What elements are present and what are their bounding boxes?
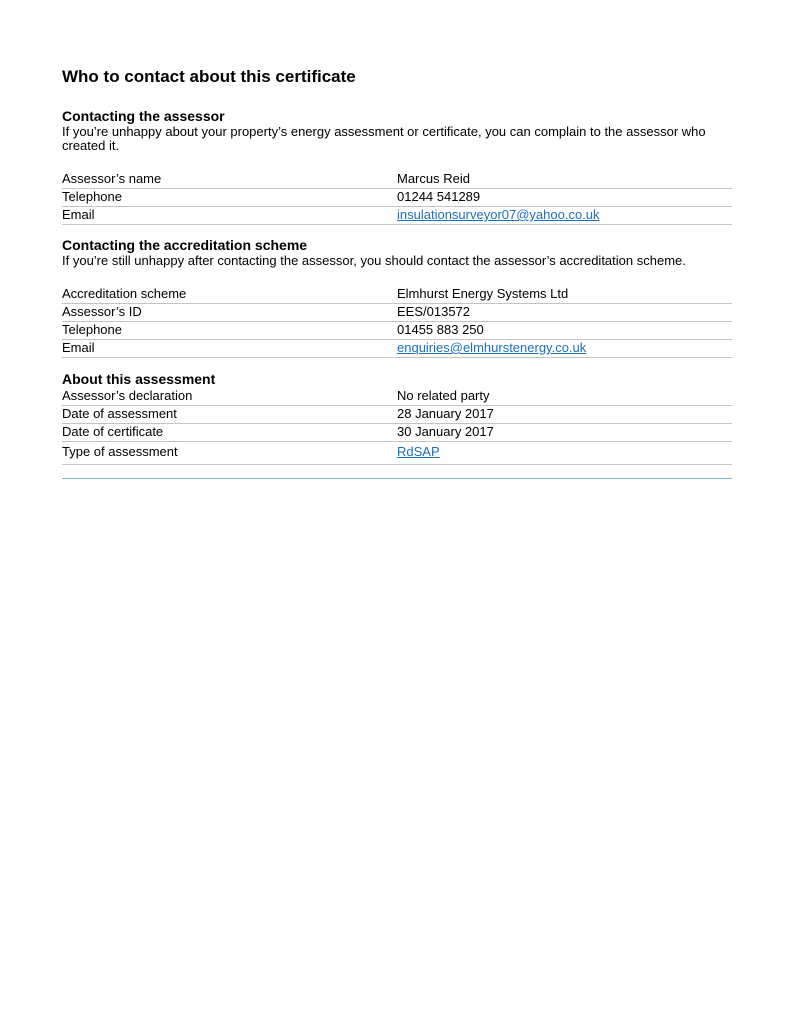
section-divider — [62, 478, 732, 479]
assessor-section-heading: Contacting the assessor — [62, 108, 732, 125]
assessor-id-value: EES/013572 — [397, 304, 732, 322]
scheme-telephone-label: Telephone — [62, 322, 397, 340]
assessment-details-table: Assessor’s declaration No related party … — [62, 388, 732, 465]
assessor-telephone-value: 01244 541289 — [397, 189, 732, 207]
date-of-assessment-value: 28 January 2017 — [397, 406, 732, 424]
table-row: Date of assessment 28 January 2017 — [62, 406, 732, 424]
scheme-email-label: Email — [62, 340, 397, 358]
type-of-assessment-cell: RdSAP — [397, 442, 732, 465]
page-title: Who to contact about this certificate — [62, 66, 732, 88]
date-of-certificate-label: Date of certificate — [62, 424, 397, 442]
table-row: Assessor’s ID EES/013572 — [62, 304, 732, 322]
assessor-name-label: Assessor’s name — [62, 171, 397, 189]
table-row: Telephone 01455 883 250 — [62, 322, 732, 340]
assessor-name-value: Marcus Reid — [397, 171, 732, 189]
table-row: Email enquiries@elmhurstenergy.co.uk — [62, 340, 732, 358]
type-of-assessment-link[interactable]: RdSAP — [397, 444, 440, 459]
table-row: Accreditation scheme Elmhurst Energy Sys… — [62, 286, 732, 304]
certificate-contact-page: Who to contact about this certificate Co… — [62, 66, 732, 479]
assessor-details-table: Assessor’s name Marcus Reid Telephone 01… — [62, 171, 732, 225]
accreditation-section-intro: If you’re still unhappy after contacting… — [62, 254, 732, 268]
date-of-assessment-label: Date of assessment — [62, 406, 397, 424]
assessor-declaration-label: Assessor’s declaration — [62, 388, 397, 406]
table-row: Type of assessment RdSAP — [62, 442, 732, 465]
assessor-section-intro: If you’re unhappy about your property’s … — [62, 125, 732, 153]
accreditation-scheme-label: Accreditation scheme — [62, 286, 397, 304]
assessor-email-link[interactable]: insulationsurveyor07@yahoo.co.uk — [397, 207, 600, 222]
date-of-certificate-value: 30 January 2017 — [397, 424, 732, 442]
assessment-section-heading: About this assessment — [62, 371, 732, 388]
assessor-email-cell: insulationsurveyor07@yahoo.co.uk — [397, 207, 732, 225]
table-row: Assessor’s declaration No related party — [62, 388, 732, 406]
table-row: Assessor’s name Marcus Reid — [62, 171, 732, 189]
scheme-telephone-value: 01455 883 250 — [397, 322, 732, 340]
assessor-declaration-value: No related party — [397, 388, 732, 406]
scheme-email-cell: enquiries@elmhurstenergy.co.uk — [397, 340, 732, 358]
assessor-id-label: Assessor’s ID — [62, 304, 397, 322]
accreditation-scheme-value: Elmhurst Energy Systems Ltd — [397, 286, 732, 304]
table-row: Date of certificate 30 January 2017 — [62, 424, 732, 442]
accreditation-details-table: Accreditation scheme Elmhurst Energy Sys… — [62, 286, 732, 358]
type-of-assessment-label: Type of assessment — [62, 442, 397, 465]
assessor-telephone-label: Telephone — [62, 189, 397, 207]
accreditation-section-heading: Contacting the accreditation scheme — [62, 237, 732, 254]
assessor-email-label: Email — [62, 207, 397, 225]
table-row: Telephone 01244 541289 — [62, 189, 732, 207]
scheme-email-link[interactable]: enquiries@elmhurstenergy.co.uk — [397, 340, 586, 355]
table-row: Email insulationsurveyor07@yahoo.co.uk — [62, 207, 732, 225]
